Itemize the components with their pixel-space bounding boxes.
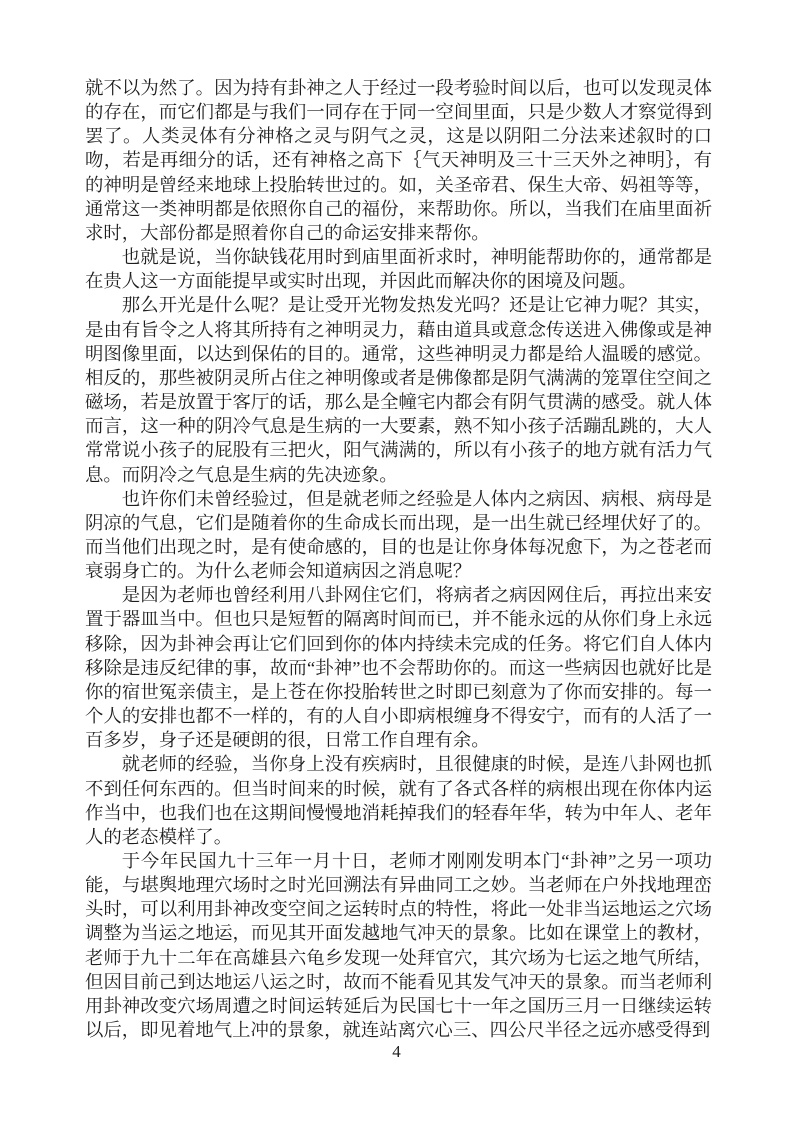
paragraph-4: 也许你们未曾经验过，但是就老师之经验是人体内之病因、病根、病母是阴凉的气息，它们… xyxy=(85,487,712,584)
page-number: 4 xyxy=(0,1042,793,1062)
text-block: 就不以为然了。因为持有卦神之人于经过一段考验时间以后，也可以发现灵体的存在，而它… xyxy=(85,76,712,1042)
paragraph-5: 是因为老师也曾经利用八卦网住它们，将病者之病因网住后，再拉出来安置于器皿当中。但… xyxy=(85,583,712,752)
paragraph-2: 也就是说，当你缺钱花用时到庙里面祈求时，神明能帮助你的，通常都是在贵人这一方面能… xyxy=(85,245,712,293)
paragraph-1: 就不以为然了。因为持有卦神之人于经过一段考验时间以后，也可以发现灵体的存在，而它… xyxy=(85,76,712,245)
paragraph-6: 就老师的经验，当你身上没有疾病时，且很健康的时候，是连八卦网也抓不到任何东西的。… xyxy=(85,752,712,849)
paragraph-3: 那么开光是什么呢？是让受开光物发热发光吗？还是让它神力呢？其实，是由有旨令之人将… xyxy=(85,293,712,486)
paragraph-7: 于今年民国九十三年一月十日，老师才刚刚发明本门“卦神”之另一项功能，与堪舆地理穴… xyxy=(85,849,712,1042)
document-page: 就不以为然了。因为持有卦神之人于经过一段考验时间以后，也可以发现灵体的存在，而它… xyxy=(0,0,793,1122)
